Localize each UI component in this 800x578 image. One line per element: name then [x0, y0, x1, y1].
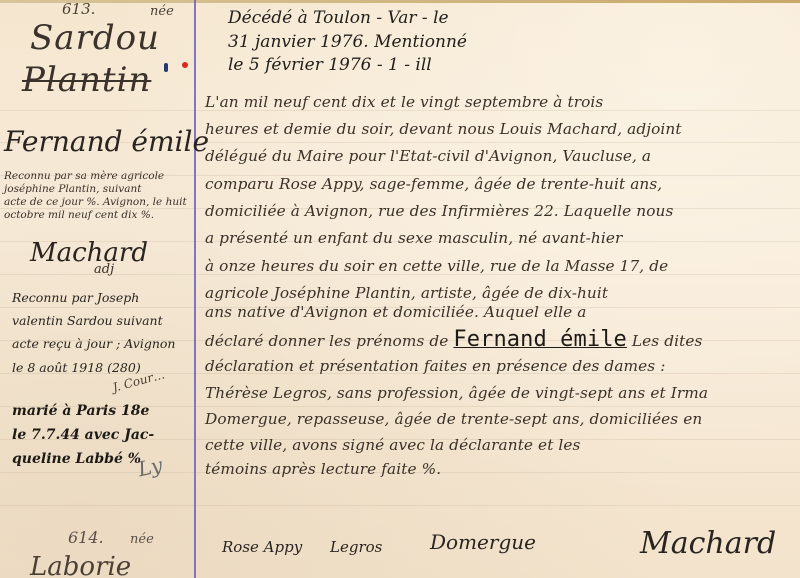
act-text-segment: Les dites: [632, 332, 703, 350]
act-text-line: témoins après lecture faite %.: [205, 460, 441, 478]
act-text-line: a présenté un enfant du sexe masculin, n…: [205, 229, 622, 247]
page-top-edge: [0, 0, 800, 3]
mother-recognition-line: acte de ce jour %. Avignon, le huit: [4, 196, 187, 208]
act-text-line: agricole Joséphine Plantin, artiste, âgé…: [205, 284, 608, 302]
marriage-note-line: le 7.7.44 avec Jac-: [12, 427, 154, 443]
initials-pencil: Ly: [136, 453, 165, 482]
father-recognition-line: Reconnu par Joseph: [12, 290, 139, 305]
death-annotation-line: 31 janvier 1976. Mentionné: [228, 32, 467, 52]
death-annotation-line: le 5 février 1976 - 1 - ill: [228, 55, 432, 75]
father-recognition-line: acte reçu à jour ; Avignon: [12, 336, 175, 351]
act-text-line: domiciliée à Avignon, rue des Infirmière…: [205, 202, 673, 220]
next-entry-surname: Laborie: [30, 552, 131, 578]
act-text-line: délégué du Maire pour l'Etat-civil d'Avi…: [205, 147, 651, 165]
father-recognition-line: le 8 août 1918 (280): [12, 360, 141, 375]
act-text-line: comparu Rose Appy, sage-femme, âgée de t…: [205, 175, 662, 193]
act-text-line: à onze heures du soir en cette ville, ru…: [205, 257, 668, 275]
mother-recognition-line: octobre mil neuf cent dix %.: [4, 209, 154, 221]
mother-recognition-line: joséphine Plantin, suivant: [4, 183, 141, 195]
red-ink-mark: [182, 62, 188, 68]
act-text-line: heures et demie du soir, devant nous Lou…: [205, 120, 682, 138]
register-page: 613. née Sardou Plantin Fernand émile Re…: [0, 0, 800, 578]
marriage-note-line: marié à Paris 18e: [12, 403, 149, 419]
next-entry-number: 614.: [68, 528, 104, 547]
act-given-names: Fernand émile: [453, 327, 627, 352]
entry-label: née: [150, 4, 174, 19]
officer-title: adj: [94, 262, 114, 277]
entry-number: 613.: [62, 0, 95, 18]
act-text-line: L'an mil neuf cent dix et le vingt septe…: [205, 93, 603, 111]
signature-witness-2: Domergue: [430, 530, 536, 554]
father-recognition-line: valentin Sardou suivant: [12, 313, 163, 328]
surname-struck: Plantin: [22, 60, 151, 100]
act-text-segment: déclaré donner les prénoms de: [205, 332, 448, 350]
death-annotation-line: Décédé à Toulon - Var - le: [228, 8, 449, 28]
next-entry-label: née: [130, 532, 154, 547]
act-text-line: déclaration et présentation faites en pr…: [205, 357, 665, 375]
ruled-line: [0, 505, 800, 506]
margin-rule: [194, 0, 196, 578]
act-text-line: cette ville, avons signé avec la déclara…: [205, 436, 581, 454]
signature-declarant: Rose Appy: [222, 538, 302, 556]
act-text-line: Domergue, repasseuse, âgée de trente-sep…: [205, 410, 702, 428]
act-text-line: ans native d'Avignon et domiciliée. Auqu…: [205, 303, 586, 321]
signature-officer: Machard: [640, 526, 776, 561]
blue-ink-mark: [164, 63, 168, 72]
act-text-line: Thérèse Legros, sans profession, âgée de…: [205, 384, 708, 402]
mother-recognition-line: Reconnu par sa mère agricole: [4, 170, 164, 182]
margin-given-names: Fernand émile: [4, 125, 209, 158]
act-text-line: déclaré donner les prénoms de Fernand ém…: [205, 327, 702, 352]
marriage-note-line: queline Labbé %: [12, 451, 141, 467]
officer-signature: Machard: [30, 238, 148, 268]
surname-current: Sardou: [30, 18, 160, 58]
signature-witness-1: Legros: [330, 538, 382, 556]
